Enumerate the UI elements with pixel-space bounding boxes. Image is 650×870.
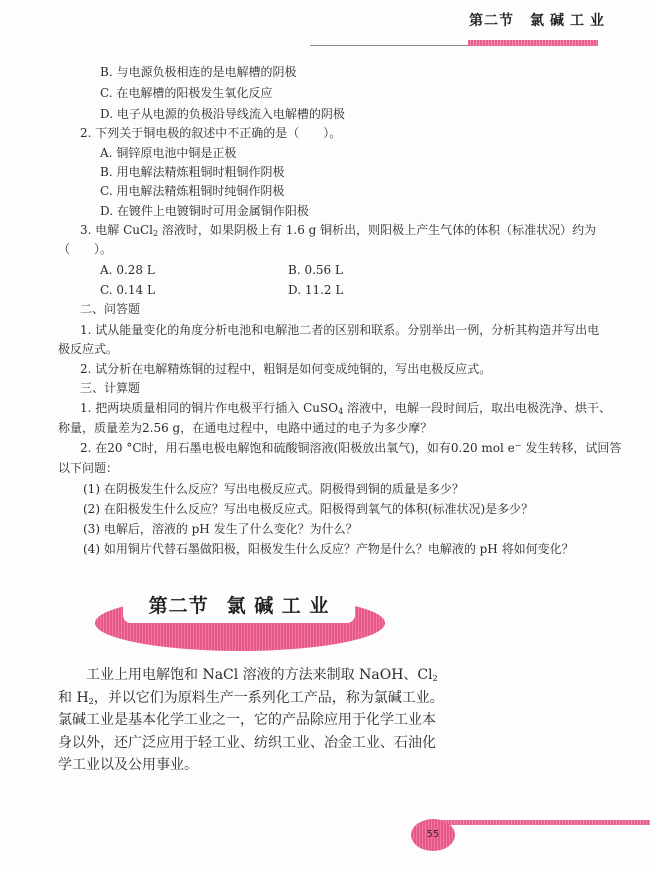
q2-option-d: D. 在镀件上电镀铜时可用金属铜作阳极 xyxy=(100,203,309,219)
section2-q2: 2. 试分析在电解精炼铜的过程中，粗铜是如何变成纯铜的，写出电极反应式。 xyxy=(80,361,491,377)
q3-option-d: D. 11.2 L xyxy=(288,282,343,298)
running-header-section: 第二节 xyxy=(469,13,514,29)
intro-paragraph: 工业上用电解饱和 NaCl 溶液的方法来制取 NaOH、Cl2 和 H2，并以它… xyxy=(58,664,398,777)
q2-option-b: B. 用电解法精炼粗铜时粗铜作阴极 xyxy=(100,164,284,180)
section2-q1-line1: 1. 试从能量变化的角度分析电池和电解池二者的区别和联系。分别举出一例，分析其构… xyxy=(80,322,599,338)
section3-q2-line1: 2. 在20 °C时，用石墨电极电解饱和硫酸铜溶液(阳极放出氧气)，如有0.20… xyxy=(80,440,621,456)
q1-option-b: B. 与电源负极相连的是电解槽的阴极 xyxy=(100,64,296,80)
header-accent-bar xyxy=(468,40,598,46)
footer-accent-bar xyxy=(440,820,650,825)
q2-option-a: A. 铜锌原电池中铜是正极 xyxy=(100,145,236,161)
header-rule xyxy=(310,45,470,46)
intro-line-5: 学工业以及公用事业。 xyxy=(58,754,398,777)
q3-option-c: C. 0.14 L xyxy=(100,282,155,298)
section3-q1-line1: 1. 把两块质量相同的铜片作电极平行插入 CuSO4 溶液中，电解一段时间后，取… xyxy=(80,400,611,416)
intro-line-1: 工业上用电解饱和 NaCl 溶液的方法来制取 NaOH、Cl2 xyxy=(58,664,398,687)
page-number: 55 xyxy=(411,819,455,851)
section3-q2-sub1: (1) 在阴极发生什么反应？写出电极反应式。阴极得到铜的质量是多少？ xyxy=(83,481,464,497)
section3-q2-sub3: (3) 电解后，溶液的 pH 发生了什么变化？为什么？ xyxy=(83,521,358,537)
q1-option-c: C. 在电解槽的阳极发生氧化反应 xyxy=(100,85,272,101)
running-header-title: 氯碱工业 xyxy=(530,13,610,29)
section-banner: 第二节氯 碱 工 业 xyxy=(95,583,385,653)
q2-stem: 2. 下列关于铜电极的叙述中不正确的是（ ）。 xyxy=(80,125,341,141)
intro-line-4: 身以外，还广泛应用于轻工业、纺织工业、冶金工业、石油化 xyxy=(58,732,398,755)
q3-stem: 3. 电解 CuCl2 溶液时，如果阴极上有 1.6 g 铜析出，则阳极上产生气… xyxy=(80,222,596,238)
section2-q1-line2: 极反应式。 xyxy=(58,341,118,357)
section3-q2-sub4: (4) 如用铜片代替石墨做阳极，阳极发生什么反应？产物是什么？电解液的 pH 将… xyxy=(83,541,574,557)
section3-q2-sub2: (2) 在阳极发生什么反应？写出电极反应式。阳极得到氧气的体积(标准状况)是多少… xyxy=(83,501,533,517)
q3-option-a: A. 0.28 L xyxy=(100,262,155,278)
intro-line-3: 氯碱工业是基本化学工业之一，它的产品除应用于化学工业本 xyxy=(58,709,398,732)
section2-heading: 二、问答题 xyxy=(80,301,140,317)
section3-q1-line2: 称量，质量差为2.56 g，在通电过程中，电路中通过的电子为多少摩？ xyxy=(58,420,432,436)
section-title: 第二节氯 碱 工 业 xyxy=(123,591,355,618)
running-header: 第二节氯碱工业 xyxy=(469,10,610,30)
intro-line-2: 和 H2，并以它们为原料生产一系列化工产品，称为氯碱工业。 xyxy=(58,687,398,710)
section3-heading: 三、计算题 xyxy=(80,380,140,396)
q2-option-c: C. 用电解法精炼粗铜时纯铜作阴极 xyxy=(100,183,284,199)
q3-stem-cont: （ ）。 xyxy=(58,241,112,257)
section3-q2-line2: 以下问题： xyxy=(58,460,118,476)
q1-option-d: D. 电子从电源的负极沿导线流入电解槽的阴极 xyxy=(100,106,345,122)
q3-option-b: B. 0.56 L xyxy=(288,262,343,278)
